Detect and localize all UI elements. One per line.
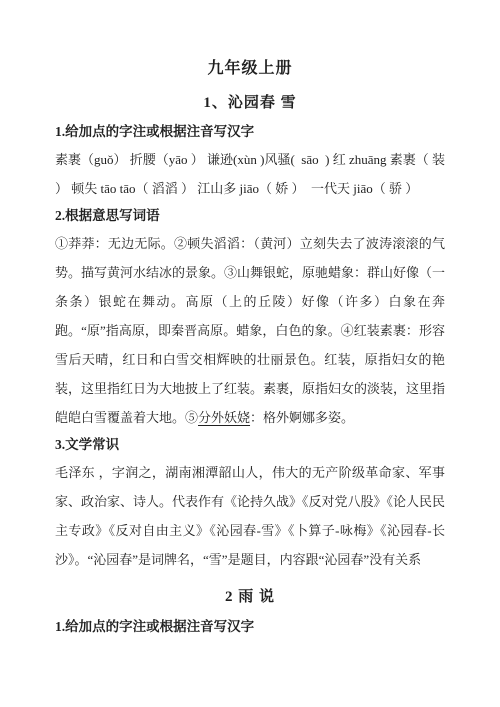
lesson1-section3-body: 毛泽东 ，字润之，湖南湘潭韶山人，伟大的无产阶级革命家、军事家、政治家、诗人。代… (55, 458, 445, 574)
lesson2-section1-heading: 1.给加点的字注或根据注音写汉字 (55, 614, 445, 640)
document-page: 九年级上册 1、沁园春 雪 1.给加点的字注或根据注音写汉字 素裹（guǒ） 折… (0, 0, 500, 707)
lesson2-title: 2 雨 说 (55, 586, 445, 608)
section2-text-after: ：格外婀娜多姿。 (250, 410, 354, 425)
lesson1-title: 1、沁园春 雪 (55, 92, 445, 114)
lesson1-section2-body: ①莽莽：无边无际。②顿失滔滔：（黄河）立刻失去了波涛滚滚的气势。描写黄河水结冰的… (55, 229, 445, 432)
page-title: 九年级上册 (55, 58, 445, 80)
lesson1-section3-heading: 3.文学常识 (55, 432, 445, 458)
section2-text-before: ①莽莽：无边无际。②顿失滔滔：（黄河）立刻失去了波涛滚滚的气势。描写黄河水结冰的… (55, 236, 445, 425)
lesson1-section2-heading: 2.根据意思写词语 (55, 203, 445, 229)
section2-underlined-term: 分外妖娆 (198, 410, 250, 425)
lesson1-section1-body: 素裹（guǒ） 折腰（yāo ） 谦逊(xùn )风骚( sāo ) 红 zhu… (55, 145, 445, 203)
lesson1-section1-heading: 1.给加点的字注或根据注音写汉字 (55, 119, 445, 145)
